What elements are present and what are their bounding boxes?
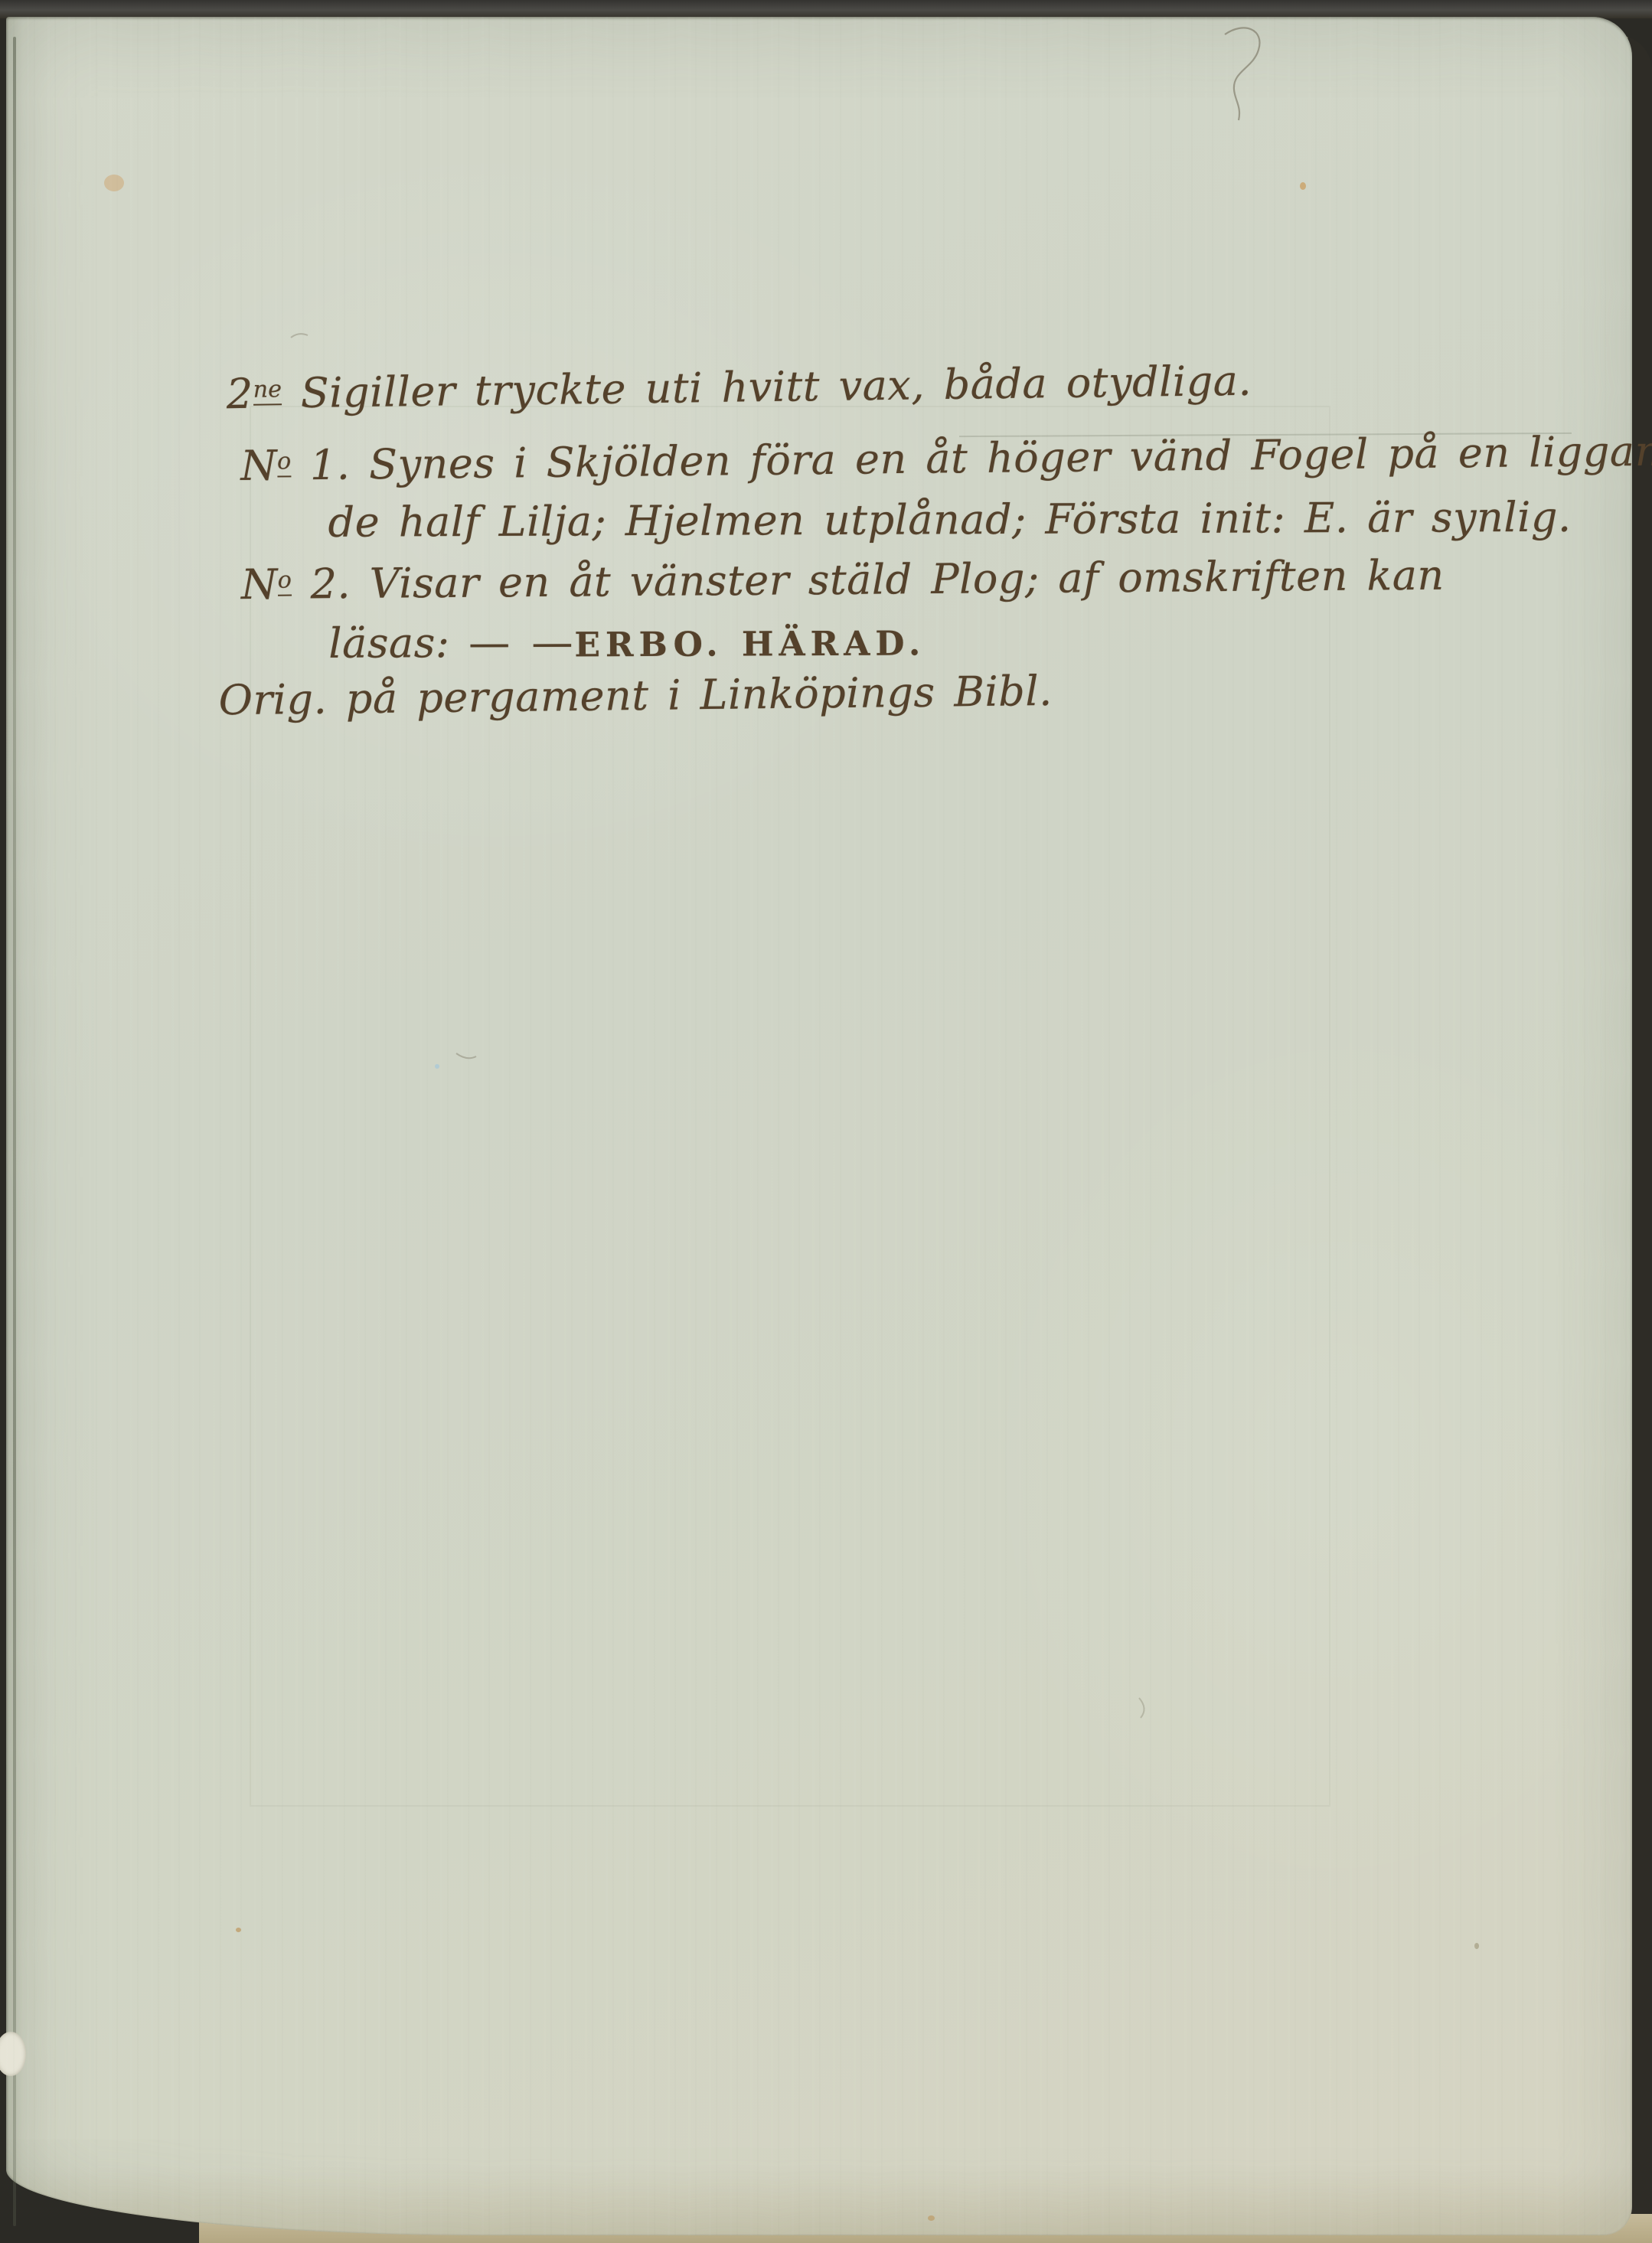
manuscript-line: de half Lilja; Hjelmen utplånad; Första … [328,493,1571,547]
manuscript-line: Orig. på pergament i Linköpings Bibl. [218,667,1053,724]
line-text: 1. Synes i Skjölden föra en åt höger vän… [291,426,1652,489]
numero-superscript: o [277,449,292,478]
ordinal-superscript: ne [253,377,282,406]
handwriting-block: 2ne Sigiller tryckte uti hvitt vax, båda… [0,0,1652,2243]
line-text: 2. Visar en åt vänster stäld Plog; af om… [292,551,1445,609]
numero-superscript: o [278,567,292,596]
seal-count-number: 2 [226,370,253,418]
line-text: Sigiller tryckte uti hvitt vax, båda oty… [282,357,1252,418]
illegible-dashes: — — [469,618,574,667]
manuscript-line: 2ne Sigiller tryckte uti hvitt vax, båda… [226,357,1252,419]
numero-letter: N [241,560,278,609]
line-text: läsas: [328,619,469,668]
line-text: de half Lilja; Hjelmen utplånad; Första … [328,493,1571,547]
numero-letter: N [240,442,277,490]
seal-inscription-text: ERBO. HÄRAD. [574,624,926,664]
manuscript-line: läsas: — —ERBO. HÄRAD. [328,616,926,667]
line-text: Orig. på pergament i Linköpings Bibl. [218,667,1053,724]
manuscript-line: No 2. Visar en åt vänster stäld Plog; af… [241,551,1445,609]
manuscript-line: No 1. Synes i Skjölden föra en åt höger … [240,426,1652,490]
